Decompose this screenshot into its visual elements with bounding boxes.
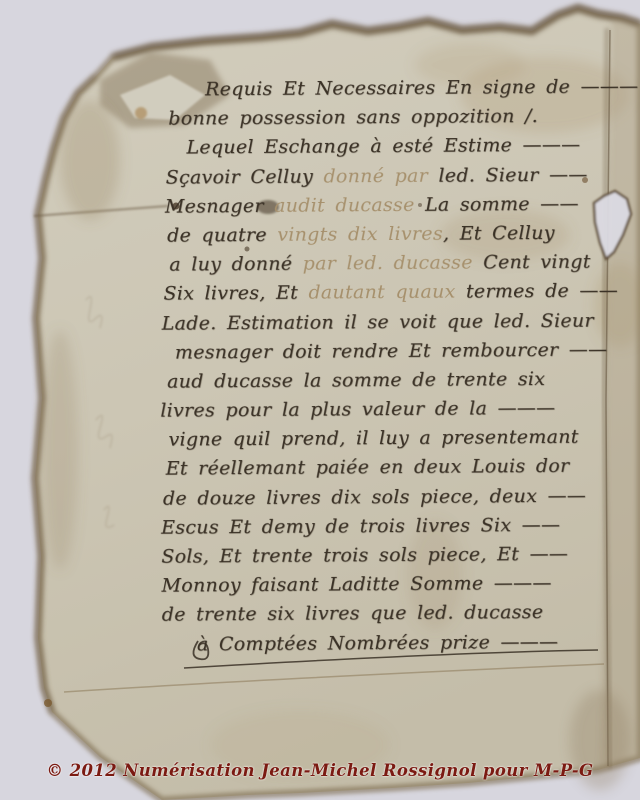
manuscript-segment: livres pour la plus valeur de la ——— — [160, 397, 555, 422]
manuscript-line: Mesnager audit ducasse La somme —— — [165, 189, 619, 221]
manuscript-segment: par led. ducasse — [303, 252, 473, 275]
manuscript-line: Lade. Estimation il se voit que led. Sie… — [162, 306, 620, 338]
manuscript-line: Escus Et demy de trois livres Six —— — [161, 510, 621, 542]
manuscript-segment: Lequel Eschange à esté Estime ——— — [186, 134, 580, 159]
manuscript-segment: termes de —— — [456, 280, 619, 303]
manuscript-segment: audit ducasse — [274, 194, 415, 217]
manuscript-segment: led. Sieur —— — [428, 163, 588, 186]
manuscript-line: mesnager doit rendre Et rembourcer —— — [175, 335, 620, 367]
manuscript-line: aud ducasse la somme de trente six — [167, 364, 620, 396]
manuscript-segment: Monnoy faisant Laditte Somme ——— — [161, 572, 551, 597]
manuscript-line: de quatre vingts dix livres, Et Celluy — [167, 218, 619, 250]
manuscript-segment: de trente six livres que led. ducasse — [162, 601, 544, 626]
copyright-watermark: © 2012 Numérisation Jean-Michel Rossigno… — [0, 761, 640, 780]
manuscript-line: Lequel Eschange à esté Estime ——— — [186, 131, 618, 163]
manuscript-segment: bonne possession sans oppozition /. — [168, 105, 538, 130]
manuscript-segment: de douze livres dix sols piece, deux —— — [163, 484, 586, 509]
manuscript-segment: vigne quil prend, il luy a presentemant — [168, 426, 578, 451]
manuscript-segment: Lade. Estimation il se voit que led. Sie… — [162, 309, 594, 334]
manuscript-line: livres pour la plus valeur de la ——— — [160, 393, 620, 425]
manuscript-line: a luy donné par led. ducasse Cent vingt — [169, 248, 619, 280]
manuscript-line: de trente six livres que led. ducasse — [162, 598, 622, 630]
manuscript-segment: dautant quaux — [308, 281, 455, 304]
manuscript-segment: de quatre — [167, 224, 277, 247]
manuscript-line: Sols, Et trente trois sols piece, Et —— — [161, 539, 621, 571]
manuscript-line: de douze livres dix sols piece, deux —— — [163, 481, 621, 513]
manuscript-segment: Escus Et demy de trois livres Six —— — [161, 514, 560, 539]
manuscript-segment: Six livres, Et — [163, 282, 308, 305]
manuscript-line: Six livres, Et dautant quaux termes de —… — [163, 277, 619, 309]
manuscript-segment: vingts dix livres — [277, 223, 443, 246]
manuscript-line: vigne quil prend, il luy a presentemant — [168, 423, 620, 455]
manuscript-line: Sçavoir Celluy donné par led. Sieur —— — [166, 160, 619, 192]
manuscript-segment: Sols, Et trente trois sols piece, Et —— — [161, 543, 568, 568]
manuscript-segment: Requis Et Necessaires En signe de ——— — [205, 75, 638, 100]
manuscript-line: Requis Et Necessaires En signe de ——— — [205, 72, 618, 104]
manuscript-segment: mesnager doit rendre Et rembourcer —— — [175, 338, 608, 363]
manuscript-segment: donné par — [323, 164, 428, 187]
manuscript-segment: Sçavoir Celluy — [166, 165, 324, 188]
manuscript-segment: Cent vingt — [473, 251, 591, 274]
manuscript-line: Monnoy faisant Laditte Somme ——— — [161, 569, 621, 601]
manuscript-text: Requis Et Necessaires En signe de ———bon… — [158, 72, 622, 659]
manuscript-line: à Comptées Nombrées prize ——— — [197, 627, 622, 659]
manuscript-segment: aud ducasse la somme de trente six — [167, 368, 545, 393]
manuscript-segment: La somme —— — [415, 192, 579, 215]
manuscript-segment: Mesnager — [165, 195, 274, 218]
manuscript-line: Et réellemant paiée en deux Louis dor — [166, 452, 621, 484]
manuscript-line: bonne possession sans oppozition /. — [168, 102, 618, 134]
photograph-background: Requis Et Necessaires En signe de ———bon… — [0, 0, 640, 800]
manuscript-segment: a luy donné — [169, 253, 303, 276]
manuscript-segment: , Et Celluy — [443, 222, 555, 245]
manuscript-segment: Et réellemant paiée en deux Louis dor — [166, 455, 570, 480]
manuscript-segment: à Comptées Nombrées prize ——— — [197, 630, 559, 655]
